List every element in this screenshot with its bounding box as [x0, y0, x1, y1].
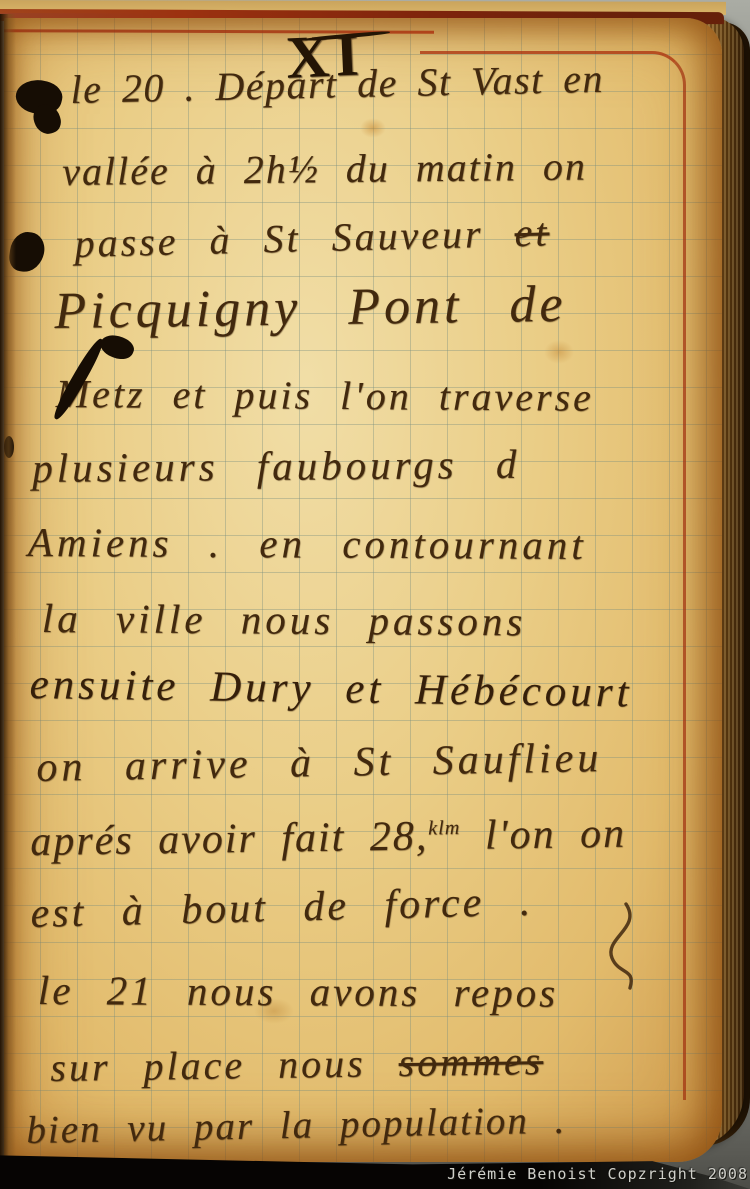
line-text: Metz et puis l'on traverse	[56, 371, 594, 420]
line-text: sur place nous	[50, 1040, 399, 1090]
line-text-pre: aprés avoir fait 28,	[30, 813, 429, 865]
handwritten-line-13: le 21 nous avons repos	[38, 966, 559, 1017]
handwritten-line-15: bien vu par la population .	[26, 1098, 567, 1153]
handwritten-line-5: Metz et puis l'on traverse	[56, 370, 594, 421]
paper-stain	[360, 118, 386, 138]
handwritten-line-2: vallée à 2h½ du matin on	[62, 143, 587, 195]
crossed-out-word: sommes	[398, 1038, 543, 1085]
pen-flourish	[582, 900, 642, 995]
handwritten-line-1: le 20 . Départ de St Vast en	[70, 55, 604, 113]
copyright-watermark: Jérémie Benoist Copzright 2008	[447, 1165, 748, 1183]
line-text: ensuite Dury et Hébécourt	[29, 661, 633, 716]
handwritten-line-7: Amiens . en contournant	[28, 518, 587, 569]
handwritten-line-4: Picquigny Pont de	[54, 275, 567, 341]
line-text-post: l'on on	[460, 811, 626, 859]
line-text: on arrive à St Sauflieu	[36, 735, 603, 791]
handwritten-line-14: sur place nous sommes	[50, 1037, 544, 1091]
crossed-out-word: et	[514, 209, 550, 255]
paper-stain	[544, 340, 574, 364]
handwritten-line-3: passe à St Sauveur et	[74, 208, 550, 267]
line-text: passe à St Sauveur	[74, 210, 515, 266]
handwritten-line-9: ensuite Dury et Hébécourt	[29, 660, 633, 717]
handwritten-line-10: on arrive à St Sauflieu	[36, 734, 603, 792]
handwritten-line-12: est à bout de force .	[30, 878, 534, 938]
line-text: bien vu par la population .	[26, 1099, 567, 1152]
line-text: Amiens . en contournant	[28, 519, 587, 568]
handwritten-line-8: la ville nous passons	[42, 594, 527, 645]
line-text: le 20 . Départ de St Vast en	[70, 56, 604, 112]
handwritten-line-6: plusieurs faubourgs d	[32, 440, 521, 492]
scanned-notebook-photo: XI le 20 . Départ de St Vast en vallée à…	[0, 0, 750, 1189]
red-margin-line	[420, 51, 686, 1100]
line-text: Picquigny Pont de	[54, 276, 567, 340]
binding-edge	[0, 14, 16, 1166]
notebook-page: XI le 20 . Départ de St Vast en vallée à…	[4, 18, 722, 1162]
line-text: est à bout de force .	[30, 879, 534, 937]
line-text: la ville nous passons	[42, 595, 527, 644]
line-text: vallée à 2h½ du matin on	[62, 144, 587, 194]
km-superscript: klm	[428, 817, 460, 839]
handwritten-line-11: aprés avoir fait 28,klm l'on on	[30, 810, 626, 866]
line-text: plusieurs faubourgs d	[32, 441, 521, 491]
line-text: le 21 nous avons repos	[38, 967, 559, 1016]
